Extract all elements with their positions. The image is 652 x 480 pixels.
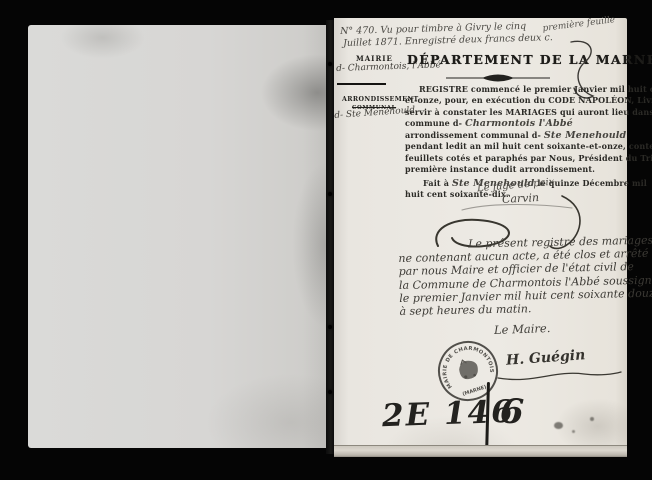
page-bottom-edge	[334, 445, 627, 457]
page-title: DÉPARTEMENT DE LA MARNE.	[407, 52, 585, 67]
stamp-emblem	[456, 356, 480, 381]
stitch-dot	[328, 62, 332, 66]
paragraph-line: pendant ledit an mil huit cent soixante-…	[405, 141, 626, 152]
stitch-dot	[328, 325, 332, 329]
paragraph-line: REGISTRE commencé le premier Janvier mil…	[405, 84, 626, 95]
paragraph-line: servir à constater les MARIAGES qui auro…	[405, 107, 626, 118]
arrondissement-handwritten: Ste Menehould	[544, 130, 626, 141]
book-gutter	[326, 20, 334, 454]
paragraph-line: feuillets cotés et paraphés par Nous, Pr…	[405, 153, 626, 164]
ink-smudge	[572, 430, 575, 433]
stitch-dot	[328, 390, 332, 394]
cote-page-number: 6	[499, 391, 525, 432]
paragraph-line: première instance dudit arrondissement.	[405, 164, 626, 175]
ink-smudge	[590, 417, 594, 421]
paragraph-line: arrondissement communal d- Ste Menehould	[405, 130, 626, 141]
archive-cote: 2E 146	[381, 394, 515, 435]
maire-signoff: Le Maire.	[494, 321, 551, 337]
margin-divider-rule	[337, 83, 386, 85]
arrondissement-value: d- Ste Menehould	[334, 105, 415, 121]
register-title-page: N° 470. Vu pour timbre à Givry le cinq p…	[334, 18, 627, 457]
commune-printed: commune d-	[405, 118, 462, 128]
stitch-dot	[328, 192, 332, 196]
sheet-number-note: première feuille	[542, 15, 616, 34]
scan-background: N° 470. Vu pour timbre à Givry le cinq p…	[0, 0, 652, 480]
paragraph-line: commune d- Charmontois l'Abbé	[405, 118, 626, 129]
svg-text:MAIRIE DE CHARMONTOIS - L'ABBÉ: MAIRIE DE CHARMONTOIS - L'ABBÉ	[424, 327, 497, 395]
left-blank-page	[28, 25, 326, 448]
signature-underline-flourish	[494, 364, 624, 386]
ornament-divider	[444, 73, 552, 83]
pendant-printed: pendant ledit an mil huit cent soixante-…	[405, 141, 652, 151]
fait-printed: Fait à	[423, 178, 449, 188]
arrondissement-printed: arrondissement communal d-	[405, 130, 541, 140]
stamp-ring-text: MAIRIE DE CHARMONTOIS - L'ABBÉ	[424, 327, 497, 395]
paragraph-line: et-onze, pour, en exécution du CODE NAPO…	[405, 95, 626, 106]
closing-statement: Le présent registre des mariages ne cont…	[398, 233, 652, 318]
ink-smudge	[554, 422, 563, 429]
commune-handwritten: Charmontois l'Abbé	[465, 118, 573, 129]
